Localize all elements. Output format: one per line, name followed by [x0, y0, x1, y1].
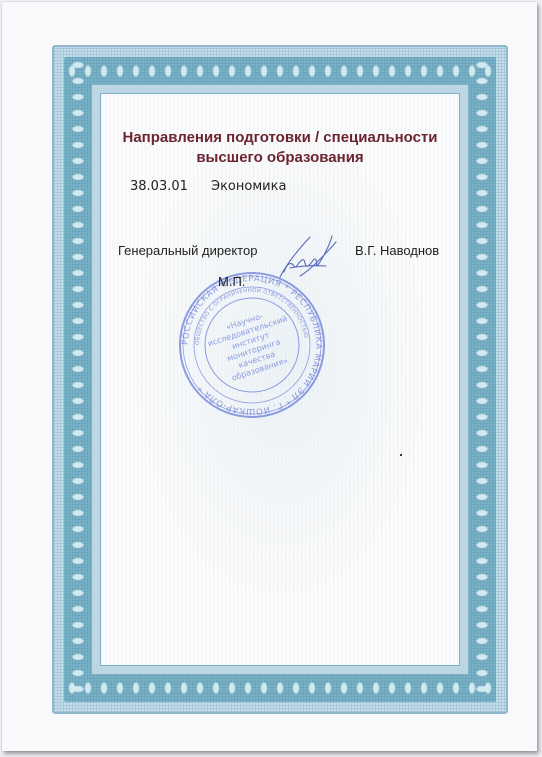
signature	[270, 232, 340, 282]
official-stamp: РОССИЙСКАЯ ФЕДЕРАЦИЯ * РЕСПУБЛИКА МАРИЙ …	[172, 270, 332, 420]
page-title: Направления подготовки / специальности в…	[100, 128, 460, 168]
signatory-role: Генеральный директор	[118, 243, 257, 258]
title-line-1: Направления подготовки / специальности	[100, 128, 460, 148]
program-name: Экономика	[211, 179, 286, 194]
signatory-name: В.Г. Наводнов	[355, 243, 439, 258]
seal-placeholder-label: М.П.	[218, 274, 245, 289]
program-code: 38.03.01	[130, 179, 188, 194]
title-line-2: высшего образования	[100, 148, 460, 168]
scan-speck	[400, 454, 402, 456]
